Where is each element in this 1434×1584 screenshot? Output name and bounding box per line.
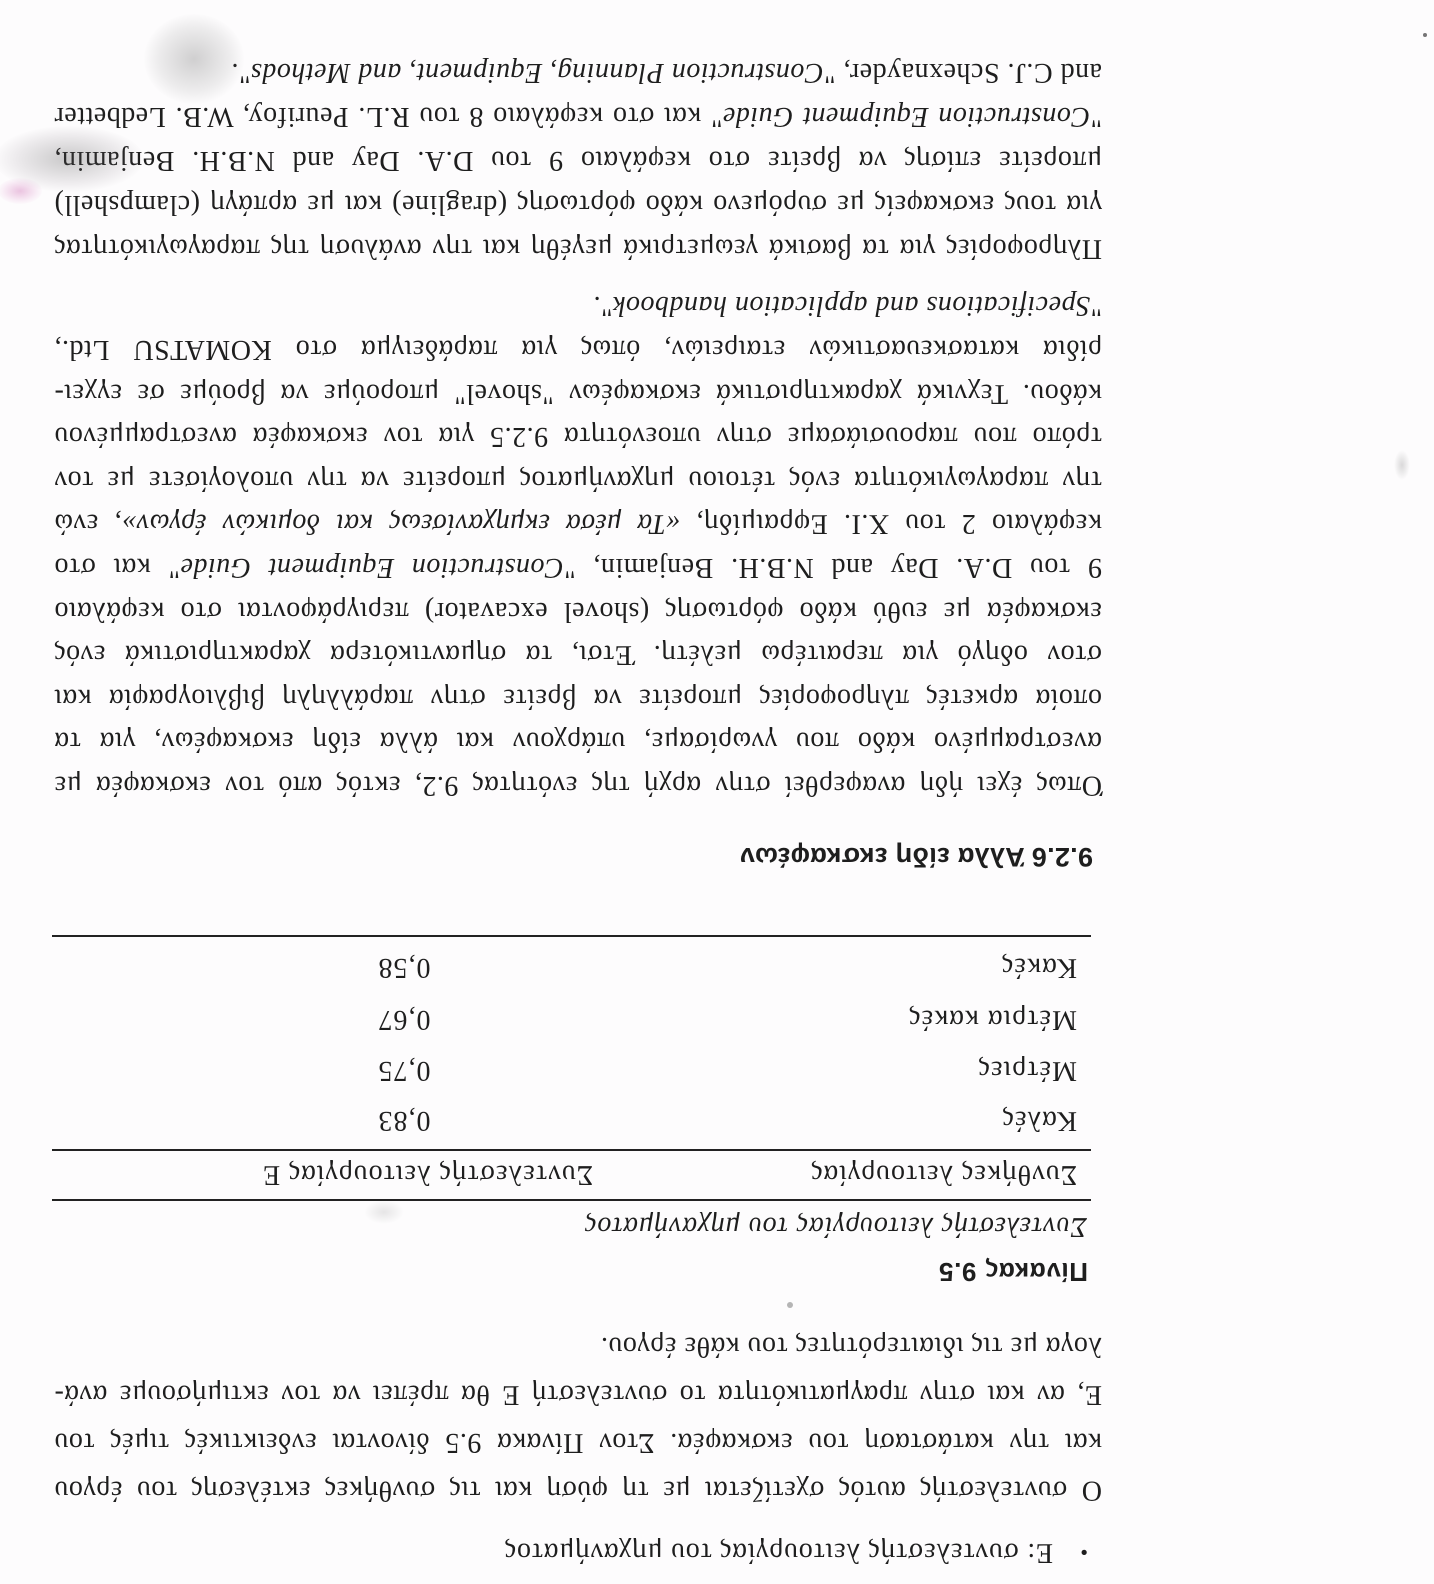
condition-cell: Καλές bbox=[1002, 1102, 1077, 1138]
paragraph-line: 9 του D.A. Day and N.B.H. Benjamin, "Con… bbox=[54, 545, 1102, 589]
text-run: ". bbox=[593, 290, 612, 321]
factor-cell: 0,67 bbox=[215, 1001, 593, 1037]
paragraph-line: κάδου. Τεχνικά χαρακτηριστικά εκσκαφέων … bbox=[54, 371, 1102, 415]
paper-mark bbox=[1394, 450, 1410, 480]
paragraph-line: Ε, αν και στην πραγματικότητα το συντελε… bbox=[54, 1372, 1102, 1416]
paragraph-line: Πληροφορίες για τα βασικά γεωμετρικά μεγ… bbox=[54, 226, 1102, 270]
text-run: λογα με τις ιδιαιτερότητες του κάθε έργο… bbox=[601, 1331, 1102, 1362]
factor-cell: 0,75 bbox=[215, 1052, 593, 1088]
book-title: Construction Equipment Guide bbox=[180, 552, 564, 583]
text-run: and C.J. Schexnayder, " bbox=[824, 57, 1102, 88]
book-title: Specifications and application handbook bbox=[613, 290, 1091, 321]
table-title: Πίνακας 9.5 bbox=[938, 1254, 1088, 1290]
book-title: Construction Planning, Equipment, and Me… bbox=[250, 57, 823, 88]
condition-cell: Μέτρια κακές bbox=[908, 1001, 1077, 1037]
text-run: κάδου. Τεχνικά χαρακτηριστικά εκσκαφέων … bbox=[54, 378, 1102, 409]
paragraph-line: κεφάλαιο 2 του Χ.Ι. Εφραιμίδη, «Τα μέσα … bbox=[54, 501, 1102, 545]
factor-cell: 0,83 bbox=[215, 1102, 593, 1138]
paper-mark bbox=[364, 1200, 404, 1224]
text-run: την παραγωγικότητα ενός τέτοιου μηχανήμα… bbox=[54, 465, 1102, 496]
paragraph-line: εκσκαφέα με ευθύ κάδο φόρτωσης (shovel e… bbox=[54, 589, 1102, 633]
bullet-icon: • bbox=[1080, 1530, 1088, 1574]
paragraph-line: μπορείτε επίσης να βρείτε στο κεφάλαιο 9… bbox=[54, 138, 1102, 182]
text-run: " και στο bbox=[54, 552, 180, 583]
factor-cell: 0,58 bbox=[215, 949, 593, 985]
text-run: τρόπο που παρουσιάσαμε στην υποενότητα 9… bbox=[54, 421, 1102, 452]
paragraph-line: οποία αρκετές πληροφορίες μπορείτε να βρ… bbox=[54, 676, 1102, 720]
paragraph-line: για τους εκσκαφείς με συρόμενο κάδο φόρτ… bbox=[54, 182, 1102, 226]
paragraph-line: την παραγωγικότητα ενός τέτοιου μηχανήμα… bbox=[54, 458, 1102, 502]
table-bottom-rule bbox=[52, 935, 1091, 937]
book-title: Construction Equipment Guide bbox=[722, 101, 1090, 132]
table-caption: Συντελεστής λειτουργίας του μηχανήματος bbox=[584, 1208, 1087, 1244]
column-header-conditions: Συνθήκες λειτουργίας bbox=[811, 1156, 1077, 1192]
book-title: «Τα μέσα εκμηχανίσεως και δομικών έργων» bbox=[122, 508, 681, 539]
text-run: Ο συντελεστής αυτός σχετίζεται με τη φύσ… bbox=[54, 1475, 1102, 1506]
paragraph-line: στον οδηγό για περαιτέρω μελέτη. Έτσι, τ… bbox=[54, 632, 1102, 676]
text-run: " και στο κεφάλαιο 8 του R.L. Peurifoy, … bbox=[54, 101, 722, 132]
text-run: 9 του D.A. Day and N.B.H. Benjamin, " bbox=[564, 552, 1102, 583]
section-heading: 9.2.6 Άλλα είδη εκσκαφέων bbox=[739, 839, 1093, 875]
paragraph-line: και την κατάσταση του εκσκαφέα. Στον Πίν… bbox=[54, 1420, 1102, 1464]
text-run: Πληροφορίες για τα βασικά γεωμετρικά μεγ… bbox=[54, 233, 1102, 264]
column-header-factor: Συντελεστής λειτουργίας Ε bbox=[262, 1156, 593, 1192]
text-run: ρίδια κατασκευαστικών εταιρειών, όπως γι… bbox=[54, 334, 1102, 365]
text-run: Ε, αν και στην πραγματικότητα το συντελε… bbox=[54, 1379, 1102, 1410]
text-run: ανεστραμμένο κάδο που γνωρίσαμε, υπάρχου… bbox=[54, 726, 1102, 757]
paragraph-line: "Specifications and application handbook… bbox=[54, 283, 1102, 327]
text-run: , ενώ bbox=[54, 508, 122, 539]
scanned-page: • Ε: συντελεστής λειτουργίας του μηχανήμ… bbox=[0, 0, 1434, 1584]
text-run: εκσκαφέα με ευθύ κάδο φόρτωσης (shovel e… bbox=[54, 596, 1102, 627]
table-header-rule bbox=[52, 1149, 1091, 1151]
text-run: οποία αρκετές πληροφορίες μπορείτε να βρ… bbox=[54, 683, 1102, 714]
paragraph-line: ανεστραμμένο κάδο που γνωρίσαμε, υπάρχου… bbox=[54, 719, 1102, 763]
ink-smudge bbox=[0, 178, 42, 204]
paragraph-line: λογα με τις ιδιαιτερότητες του κάθε έργο… bbox=[54, 1324, 1102, 1368]
text-run: για τους εκσκαφείς με συρόμενο κάδο φόρτ… bbox=[54, 189, 1102, 220]
paragraph-line: "Construction Equipment Guide" και στο κ… bbox=[54, 94, 1102, 138]
text-run: Όπως έχει ήδη αναφερθεί στην αρχή της εν… bbox=[54, 770, 1102, 801]
text-run: " bbox=[1090, 290, 1102, 321]
paragraph-line: Όπως έχει ήδη αναφερθεί στην αρχή της εν… bbox=[54, 763, 1102, 807]
bullet-item-text: Ε: συντελεστής λειτουργίας του μηχανήματ… bbox=[504, 1530, 1053, 1574]
condition-cell: Κακές bbox=[1001, 949, 1077, 985]
paragraph-line: Ο συντελεστής αυτός σχετίζεται με τη φύσ… bbox=[54, 1468, 1102, 1512]
table-top-rule bbox=[52, 1199, 1091, 1201]
text-run: στον οδηγό για περαιτέρω μελέτη. Έτσι, τ… bbox=[54, 639, 1102, 670]
text-run: μπορείτε επίσης να βρείτε στο κεφάλαιο 9… bbox=[54, 145, 1102, 176]
dust-dot bbox=[1423, 33, 1427, 37]
text-run: ". bbox=[231, 57, 250, 88]
text-run: κεφάλαιο 2 του Χ.Ι. Εφραιμίδη, bbox=[680, 508, 1102, 539]
condition-cell: Μέτριες bbox=[978, 1052, 1077, 1088]
paragraph-line: and C.J. Schexnayder, "Construction Plan… bbox=[54, 50, 1102, 94]
paragraph-line: ρίδια κατασκευαστικών εταιρειών, όπως γι… bbox=[54, 327, 1102, 371]
text-run: " bbox=[1090, 101, 1102, 132]
text-run: και την κατάσταση του εκσκαφέα. Στον Πίν… bbox=[54, 1427, 1102, 1458]
dust-dot bbox=[787, 1302, 793, 1308]
paragraph-line: τρόπο που παρουσιάσαμε στην υποενότητα 9… bbox=[54, 414, 1102, 458]
